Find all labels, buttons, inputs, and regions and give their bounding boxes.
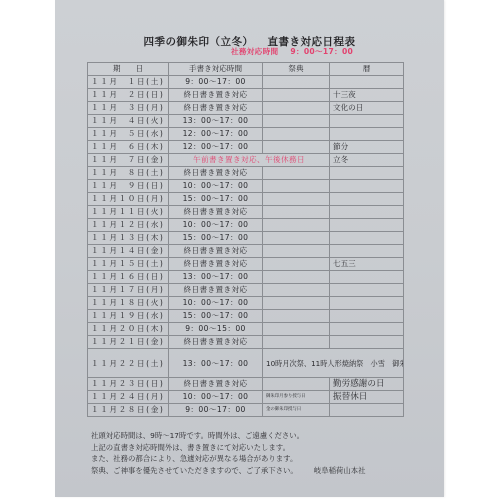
time-cell: 終日書き置き対応 [169, 378, 263, 391]
date-cell: １１月 ５日(水) [88, 128, 169, 141]
office-hours-label: 社務対応時間 [231, 47, 278, 56]
calendar-cell [330, 404, 404, 417]
table-row: １１月１０日(月)15：00～17：00 [88, 193, 404, 206]
calendar-cell [330, 193, 404, 206]
date-cell: １１月２０日(木) [88, 323, 169, 336]
calendar-cell [330, 219, 404, 232]
table-row: １１月１４日(金)終日書き置き対応 [88, 245, 404, 258]
date-cell: １１月 ４日(火) [88, 115, 169, 128]
footer-line-last: 祭典、ご神事を優先させていただきますので、ご了承下さい。岐阜稲荷山本社 [91, 465, 431, 477]
festival-cell [263, 336, 330, 349]
festival-cell [263, 378, 330, 391]
schedule-paper: 四季の御朱印（立冬）直書き対応日程表 社務対応時間9：00～17：00 期 日 … [55, 0, 444, 497]
date-cell: １１月 ２日(日) [88, 89, 169, 102]
calendar-cell [330, 323, 404, 336]
time-cell: 終日書き置き対応 [169, 102, 263, 115]
footer-line: 上記の直書き対応時間外は、書き置きにて対応いたします。 [91, 442, 431, 454]
festival-cell [263, 323, 330, 336]
table-row: １１月１１日(火)終日書き置き対応 [88, 206, 404, 219]
time-cell: 終日書き置き対応 [169, 206, 263, 219]
date-cell: １１月 ６日(木) [88, 141, 169, 154]
table-row: １１月１６日(日)13：00～17：00 [88, 271, 404, 284]
time-cell: 終日書き置き対応 [169, 284, 263, 297]
festival-cell [263, 167, 330, 180]
date-cell: １１月２８日(金) [88, 404, 169, 417]
festival-cell [263, 128, 330, 141]
festival-cell [263, 232, 330, 245]
table-row: １１月１２日(水)10：00～17：00 [88, 219, 404, 232]
date-cell: １１月２４日(月) [88, 391, 169, 404]
date-cell: １１月１７日(月) [88, 284, 169, 297]
calendar-cell: 十三夜 [330, 89, 404, 102]
festival-cell [263, 141, 330, 154]
table-row: １１月１３日(木)15：00～17：00 [88, 232, 404, 245]
festival-cell [263, 76, 330, 89]
calendar-cell: 文化の日 [330, 102, 404, 115]
table-row: １１月 ９日(日)10：00～17：00 [88, 180, 404, 193]
time-cell-notice: 午前書き置き対応、午後休務日 [169, 154, 330, 167]
calendar-cell [330, 297, 404, 310]
date-cell: １１月２１日(金) [88, 336, 169, 349]
footer-line: また、社務の都合により、急遽対応が異なる場合があります。 [91, 453, 431, 465]
time-cell: 13：00～17：00 [169, 271, 263, 284]
table-row: １１月 ４日(火)13：00～17：00 [88, 115, 404, 128]
calendar-cell [330, 128, 404, 141]
table-row: １１月１５日(土)終日書き置き対応七五三 [88, 258, 404, 271]
time-cell: 13：00～17：00 [169, 349, 263, 378]
date-cell: １１月２３日(日) [88, 378, 169, 391]
time-cell: 12：00～17：00 [169, 128, 263, 141]
festival-cell [263, 297, 330, 310]
header-time: 手書き対応時間 [169, 63, 263, 76]
date-cell: １１月 ８日(土) [88, 167, 169, 180]
calendar-cell [330, 206, 404, 219]
calendar-cell: 振替休日 [330, 391, 404, 404]
table-row: １１月２４日(月)10：00～17：00御朱印月参り授与日振替休日 [88, 391, 404, 404]
time-cell: 13：00～17：00 [169, 115, 263, 128]
festival-cell [263, 193, 330, 206]
festival-cell [263, 115, 330, 128]
time-cell: 12：00～17：00 [169, 141, 263, 154]
calendar-cell [330, 167, 404, 180]
table-row: １１月１８日(火)10：00～17：00 [88, 297, 404, 310]
table-row: １１月１９日(水)15：00～17：00 [88, 310, 404, 323]
table-header-row: 期 日 手書き対応時間 祭典 暦 [88, 63, 404, 76]
time-cell: 15：00～17：00 [169, 310, 263, 323]
header-calendar: 暦 [330, 63, 404, 76]
calendar-cell [330, 232, 404, 245]
date-cell: １１月１８日(火) [88, 297, 169, 310]
festival-cell [263, 310, 330, 323]
calendar-cell [330, 310, 404, 323]
footer-notes: 社頭対応時間は、9時～17時です。時間外は、ご遠慮ください。 上記の直書き対応時… [91, 430, 431, 476]
date-cell: １１月１２日(水) [88, 219, 169, 232]
date-cell: １１月１５日(土) [88, 258, 169, 271]
table-row: １１月２１日(金)終日書き置き対応 [88, 336, 404, 349]
calendar-cell [330, 76, 404, 89]
time-cell: 終日書き置き対応 [169, 245, 263, 258]
calendar-cell [330, 180, 404, 193]
date-cell: １１月１４日(金) [88, 245, 169, 258]
header-date: 期 日 [88, 63, 169, 76]
table-row: １１月 ３日(月)終日書き置き対応文化の日 [88, 102, 404, 115]
festival-cell [263, 206, 330, 219]
time-cell: 10：00～17：00 [169, 391, 263, 404]
time-cell: 10：00～17：00 [169, 297, 263, 310]
date-cell: １１月１６日(日) [88, 271, 169, 284]
date-cell: １１月１１日(火) [88, 206, 169, 219]
date-cell: １１月 ９日(日) [88, 180, 169, 193]
festival-cell [263, 89, 330, 102]
table-row: １１月 ８日(土)終日書き置き対応 [88, 167, 404, 180]
calendar-cell [330, 284, 404, 297]
festival-cell [263, 258, 330, 271]
schedule-table: 期 日 手書き対応時間 祭典 暦 １１月 １日(土)9：00～17：00 １１月… [87, 62, 404, 417]
date-cell: １１月１０日(月) [88, 193, 169, 206]
time-cell: 10：00～17：00 [169, 219, 263, 232]
table-row: １１月２２日(土)13：00～17：0010時月次祭、11時人形焼納祭 小雪 御… [88, 349, 404, 378]
date-cell: １１月 ７日(金) [88, 154, 169, 167]
time-cell: 10：00～17：00 [169, 180, 263, 193]
table-row: １１月 ６日(木)12：00～17：00節分 [88, 141, 404, 154]
time-cell: 終日書き置き対応 [169, 167, 263, 180]
festival-cell [263, 271, 330, 284]
festival-cell [263, 102, 330, 115]
time-cell: 終日書き置き対応 [169, 258, 263, 271]
table-row: １１月 ２日(日)終日書き置き対応十三夜 [88, 89, 404, 102]
table-row: １１月１７日(月)終日書き置き対応 [88, 284, 404, 297]
shrine-signature: 岐阜稲荷山本社 [314, 465, 366, 477]
header-festival: 祭典 [263, 63, 330, 76]
table-row: １１月２３日(日)終日書き置き対応勤労感謝の日 [88, 378, 404, 391]
footer-line: 祭典、ご神事を優先させていただきますので、ご了承下さい。 [91, 466, 298, 475]
calendar-cell [330, 271, 404, 284]
footer-line: 社頭対応時間は、9時～17時です。時間外は、ご遠慮ください。 [91, 430, 431, 442]
table-row: １１月 １日(土)9：00～17：00 [88, 76, 404, 89]
date-cell: １１月１３日(木) [88, 232, 169, 245]
festival-cell: 御朱印月参り授与日 [263, 391, 330, 404]
time-cell: 9：00～15：00 [169, 323, 263, 336]
office-hours-value: 9：00～17：00 [290, 47, 353, 56]
calendar-cell: 立冬 [330, 154, 404, 167]
calendar-cell [330, 245, 404, 258]
calendar-cell: 勤労感謝の日 [330, 378, 404, 391]
calendar-cell [330, 115, 404, 128]
time-cell: 9：00～17：00 [169, 404, 263, 417]
table-row: １１月２８日(金)9：00～17：00金の御朱印授与日 [88, 404, 404, 417]
festival-cell: 金の御朱印授与日 [263, 404, 330, 417]
calendar-cell: 七五三 [330, 258, 404, 271]
table-row: １１月２０日(木)9：00～15：00 [88, 323, 404, 336]
date-cell: １１月２２日(土) [88, 349, 169, 378]
time-cell: 15：00～17：00 [169, 193, 263, 206]
date-cell: １１月 １日(土) [88, 76, 169, 89]
time-cell: 終日書き置き対応 [169, 336, 263, 349]
festival-cell [263, 180, 330, 193]
festival-cell [263, 284, 330, 297]
office-hours-notice: 社務対応時間9：00～17：00 [231, 46, 353, 57]
calendar-cell [330, 336, 404, 349]
date-cell: １１月 ３日(月) [88, 102, 169, 115]
calendar-cell: 節分 [330, 141, 404, 154]
time-cell: 終日書き置き対応 [169, 89, 263, 102]
festival-cell [263, 219, 330, 232]
festival-cell-wide: 10時月次祭、11時人形焼納祭 小雪 御朱印月参り授与日 [263, 349, 404, 378]
time-cell: 15：00～17：00 [169, 232, 263, 245]
table-row: １１月 ７日(金)午前書き置き対応、午後休務日立冬 [88, 154, 404, 167]
table-row: １１月 ５日(水)12：00～17：00 [88, 128, 404, 141]
festival-cell [263, 245, 330, 258]
date-cell: １１月１９日(水) [88, 310, 169, 323]
time-cell: 9：00～17：00 [169, 76, 263, 89]
